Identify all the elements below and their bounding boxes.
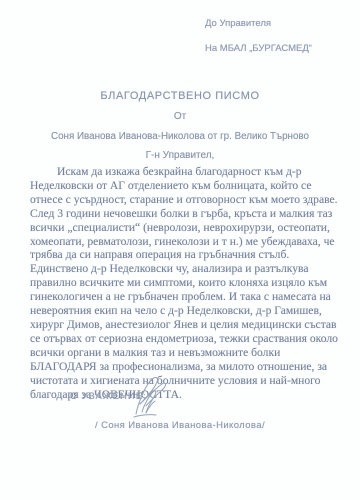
- letter-title: БЛАГОДАРСТВЕНО ПИСМО: [0, 90, 360, 102]
- recipient-block: До Управителя На МБАЛ „БУРГАСМЕД“: [205, 18, 312, 68]
- signed-name: / Соня Иванова Иванова-Николова/: [0, 420, 360, 431]
- salutation: Г-н Управител,: [0, 150, 360, 161]
- from-label: От: [0, 111, 360, 122]
- sender-name-line: Соня Иванова Иванова-Николова от гр. Вел…: [0, 131, 360, 142]
- signature-icon: [122, 374, 174, 425]
- letter-page: До Управителя На МБАЛ „БУРГАСМЕД“ БЛАГОД…: [0, 0, 360, 500]
- recipient-org: На МБАЛ „БУРГАСМЕД“: [205, 43, 312, 55]
- letter-body: Искам да изкажа безкрайна благодарност к…: [30, 165, 341, 401]
- letter-heading-block: БЛАГОДАРСТВЕНО ПИСМО От Соня Иванова Ива…: [0, 90, 360, 161]
- recipient-to: До Управителя: [205, 18, 312, 30]
